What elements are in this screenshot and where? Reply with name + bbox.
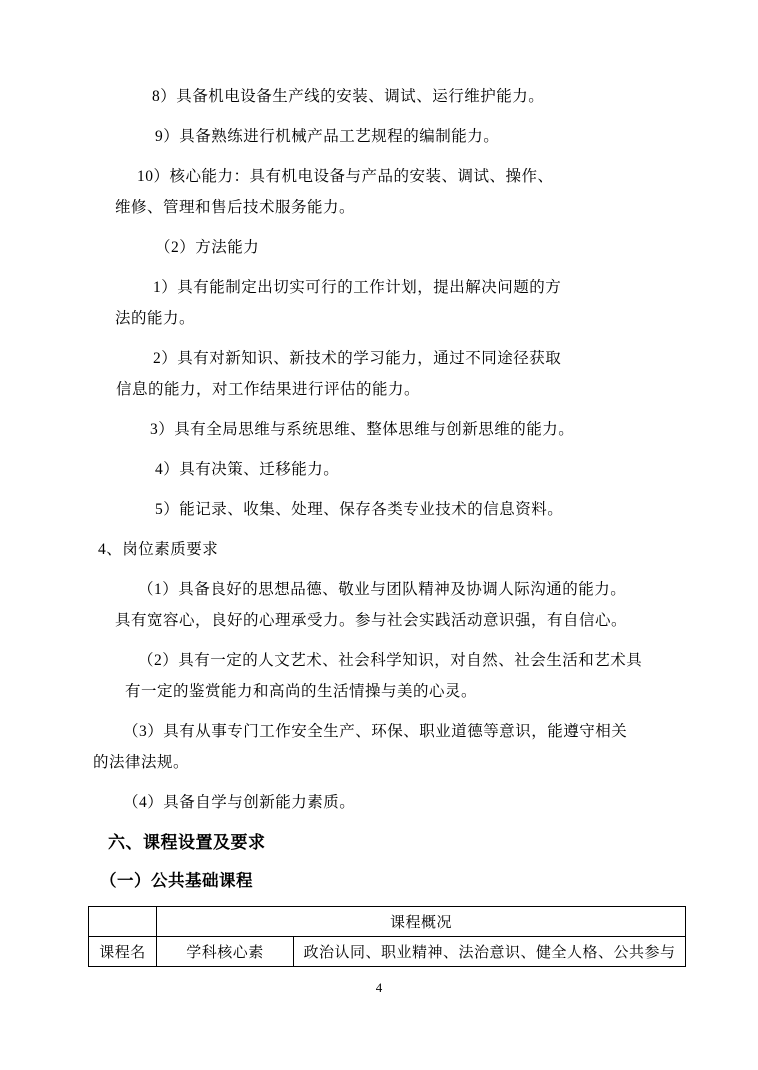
table-cell-course-overview: 课程概况 bbox=[157, 907, 686, 937]
paragraph-method-1: 1）具有能制定出切实可行的工作计划，提出解决问题的方 法的能力。 bbox=[115, 272, 758, 334]
document-page: 8）具备机电设备生产线的安装、调试、运行维护能力。 9）具备熟练进行机械产品工艺… bbox=[0, 0, 758, 1070]
page-number: 4 bbox=[0, 980, 758, 996]
table-row-header: 课程概况 bbox=[89, 907, 686, 937]
paragraph-post-quality: 4、岗位素质要求 bbox=[98, 534, 758, 565]
paragraph-method-3: 3）具有全局思维与系统思维、整体思维与创新思维的能力。 bbox=[115, 414, 758, 445]
paragraph-quality-4: （4）具备自学与创新能力素质。 bbox=[115, 787, 758, 818]
paragraph-quality-2: （2）具有一定的人文艺术、社会科学知识，对自然、社会生活和艺术具 有一定的鉴赏能… bbox=[125, 645, 758, 707]
table-cell-core-competency-value: 政治认同、职业精神、法治意识、健全人格、公共参与 bbox=[294, 937, 686, 967]
table-cell-course-name-label: 课程名 bbox=[89, 937, 157, 967]
paragraph-quality-1: （1）具备良好的思想品德、敬业与团队精神及协调人际沟通的能力。 具有宽容心，良好… bbox=[115, 574, 758, 636]
section-heading-course-setup: 六、课程设置及要求 bbox=[108, 827, 758, 858]
course-overview-table: 课程概况 课程名 学科核心素 政治认同、职业精神、法治意识、健全人格、公共参与 bbox=[88, 906, 686, 967]
paragraph-method-ability: （2）方法能力 bbox=[115, 232, 758, 263]
table-row: 课程名 学科核心素 政治认同、职业精神、法治意识、健全人格、公共参与 bbox=[89, 937, 686, 967]
paragraph-ability-8: 8）具备机电设备生产线的安装、调试、运行维护能力。 bbox=[115, 81, 758, 112]
paragraph-method-4: 4）具有决策、迁移能力。 bbox=[115, 454, 758, 485]
subsection-heading-public-basic-courses: （一）公共基础课程 bbox=[100, 865, 758, 896]
paragraph-method-5: 5）能记录、收集、处理、保存各类专业技术的信息资料。 bbox=[115, 494, 758, 525]
paragraph-ability-10: 10）核心能力：具有机电设备与产品的安装、调试、操作、 维修、管理和售后技术服务… bbox=[115, 161, 758, 223]
paragraph-quality-3: （3）具有从事专门工作安全生产、环保、职业道德等意识，能遵守相关 的法律法规。 bbox=[93, 716, 758, 778]
paragraph-ability-9: 9）具备熟练进行机械产品工艺规程的编制能力。 bbox=[115, 121, 758, 152]
paragraph-method-2: 2）具有对新知识、新技术的学习能力，通过不同途径获取 信息的能力，对工作结果进行… bbox=[116, 343, 758, 405]
table-cell-core-competency-label: 学科核心素 bbox=[157, 937, 294, 967]
table-cell-empty bbox=[89, 907, 157, 937]
